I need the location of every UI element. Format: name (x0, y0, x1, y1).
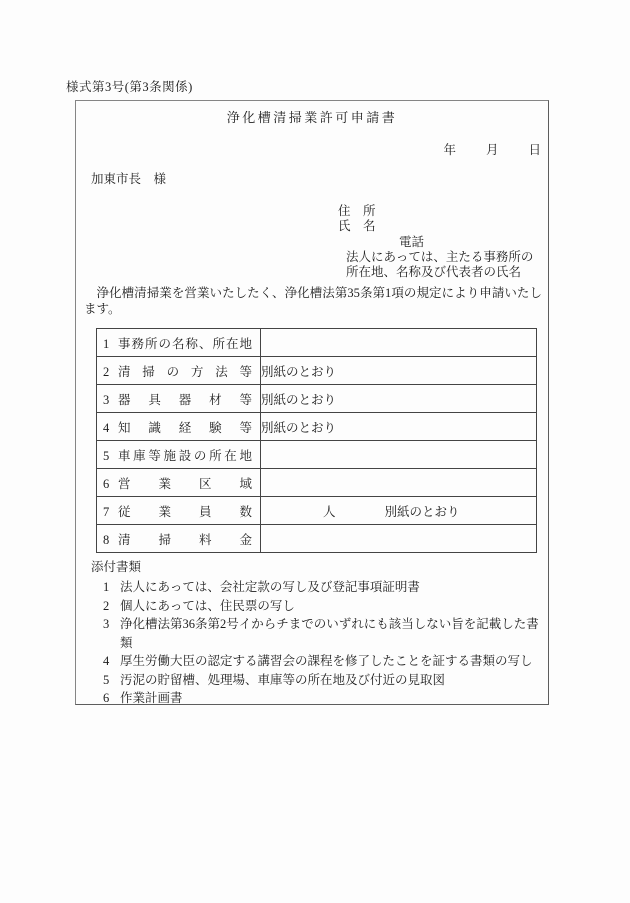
row-label: 営業区域 (118, 474, 260, 492)
row-value (261, 469, 537, 497)
row-number: 4 (103, 421, 118, 436)
item-number: 2 (103, 597, 120, 616)
row-value (261, 329, 537, 357)
date-year-label: 年 (443, 143, 456, 157)
row-value-note: 別紙のとおり (385, 505, 460, 519)
list-item: 2個人にあっては、住民票の写し (103, 597, 548, 616)
item-number: 3 (103, 615, 120, 634)
list-item: 5汚泥の貯留槽、処理場、車庫等の所在地及び付近の見取図 (103, 671, 548, 690)
date-month-label: 月 (486, 143, 499, 157)
row-value (261, 525, 537, 553)
table-row: 1事務所の名称、所在地 (97, 329, 537, 357)
row-label: 知識経験等 (118, 418, 260, 436)
corporation-note-line2: 所在地、名称及び代表者の氏名 (338, 265, 548, 280)
table-row: 7従業員数 人別紙のとおり (97, 497, 537, 525)
item-number: 6 (103, 689, 120, 705)
row-label: 器具器材等 (118, 390, 260, 408)
row-number: 5 (103, 449, 118, 464)
date-day-label: 日 (528, 143, 541, 157)
row-label: 清掃の方法等 (118, 362, 260, 380)
row-value: 人別紙のとおり (261, 497, 537, 525)
item-number: 4 (103, 652, 120, 671)
applicant-phone-label: 電話 (338, 235, 548, 250)
list-item: 1法人にあっては、会社定款の写し及び登記事項証明書 (103, 578, 548, 597)
table-row: 5車庫等施設の所在地 (97, 441, 537, 469)
table-row: 2清掃の方法等 別紙のとおり (97, 357, 537, 385)
row-value: 別紙のとおり (261, 413, 537, 441)
item-text: 個人にあっては、住民票の写し (120, 597, 548, 616)
corporation-note-line1: 法人にあっては、主たる事務所の (338, 250, 548, 265)
item-text: 法人にあっては、会社定款の写し及び登記事項証明書 (120, 578, 548, 597)
applicant-address-label: 住 所 (338, 204, 548, 219)
list-item: 4厚生労働大臣の認定する講習会の課程を修了したことを証する書類の写し (103, 652, 548, 671)
applicant-block: 住 所 氏 名 電話 法人にあっては、主たる事務所の 所在地、名称及び代表者の氏… (338, 204, 548, 280)
row-number: 3 (103, 393, 118, 408)
row-label: 事務所の名称、所在地 (118, 334, 260, 352)
row-value (261, 441, 537, 469)
addressee: 加東市長 様 (91, 172, 548, 187)
row-number: 7 (103, 505, 118, 520)
table-row: 3器具器材等 別紙のとおり (97, 385, 537, 413)
list-item: 3浄化槽法第36条第2号イからチまでのいずれにも該当しない旨を記載した書類 (103, 615, 548, 652)
item-text: 厚生労働大臣の認定する講習会の課程を修了したことを証する書類の写し (120, 652, 548, 671)
table-row: 6営業区域 (97, 469, 537, 497)
form-style-label: 様式第3号(第3条関係) (66, 80, 193, 94)
item-number: 5 (103, 671, 120, 690)
list-item: 6作業計画書 (103, 689, 548, 705)
row-label: 従業員数 (118, 502, 260, 520)
table-row: 8清掃料金 (97, 525, 537, 553)
item-number: 1 (103, 578, 120, 597)
item-text: 汚泥の貯留槽、処理場、車庫等の所在地及び付近の見取図 (120, 671, 548, 690)
row-number: 1 (103, 337, 118, 352)
row-label: 清掃料金 (118, 530, 260, 548)
application-form-box: 浄化槽清掃業許可申請書 年月日 加東市長 様 住 所 氏 名 電話 法人にあって… (75, 100, 549, 705)
form-title: 浄化槽清掃業許可申請書 (76, 110, 548, 126)
table-row: 4知識経験等 別紙のとおり (97, 413, 537, 441)
row-value: 別紙のとおり (261, 357, 537, 385)
row-number: 2 (103, 365, 118, 380)
application-items-table: 1事務所の名称、所在地 2清掃の方法等 別紙のとおり 3器具器材等 別紙のとおり… (96, 328, 537, 553)
attachments-section: 添付書類 1法人にあっては、会社定款の写し及び登記事項証明書 2個人にあっては、… (91, 560, 548, 705)
row-value: 別紙のとおり (261, 385, 537, 413)
application-statement: 浄化槽清掃業を営業いたしたく、浄化槽法第35条第1項の規定により申請いたします。 (84, 286, 542, 318)
item-text: 作業計画書 (120, 689, 548, 705)
attachments-heading: 添付書類 (91, 560, 548, 574)
row-number: 6 (103, 477, 118, 492)
row-label: 車庫等施設の所在地 (118, 446, 260, 464)
row-number: 8 (103, 533, 118, 548)
attachments-list: 1法人にあっては、会社定款の写し及び登記事項証明書 2個人にあっては、住民票の写… (91, 578, 548, 705)
date-line: 年月日 (76, 143, 548, 158)
item-text: 浄化槽法第36条第2号イからチまでのいずれにも該当しない旨を記載した書類 (120, 615, 548, 652)
applicant-name-label: 氏 名 (338, 219, 548, 234)
employee-count-unit: 人 (323, 505, 336, 519)
